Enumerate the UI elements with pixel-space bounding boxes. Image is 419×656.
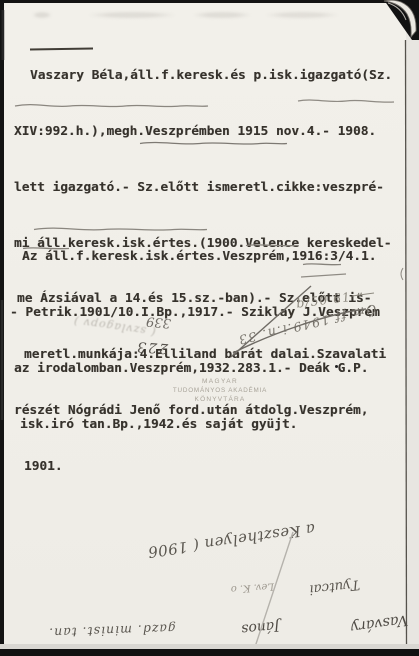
handwritten-quote-mark: „: [355, 282, 372, 298]
card-right-margin: [406, 0, 419, 656]
handwritten-number: 339: [140, 313, 171, 331]
library-stamp: MAGYAR TUDOMÁNYOS AKADÉMIA KÖNYVTÁRA: [168, 377, 272, 404]
ghost-print-smear: [22, 8, 352, 22]
ink-dot: [335, 365, 338, 368]
scanned-catalog-card: Vaszary Béla,áll.f.keresk.és p.isk.igazg…: [0, 0, 419, 656]
stamp-line: KÖNYVTÁRA: [168, 395, 272, 404]
typed-line: XIV:992.h.),megh.Veszprémben 1915 nov.4.…: [0, 123, 402, 142]
typed-paragraph-sources: Az áll.f.keresk.isk.értes.Veszprém,1916:…: [0, 211, 402, 471]
handwritten-number: 223: [131, 338, 168, 356]
typed-line: Az áll.f.keresk.isk.értes.Veszprém,1916:…: [0, 248, 402, 267]
typed-line: Vaszary Béla,áll.f.keresk.és p.isk.igazg…: [0, 67, 402, 86]
typed-line: isk.iró tan.Bp.,1942.és saját gyüjt.: [0, 416, 402, 435]
typed-line: az irodalomban.Veszprém,1932.283.1.- Deá…: [0, 360, 402, 379]
scan-bottom-edge: [0, 649, 419, 656]
typed-line: lett igazgató.- Sz.előtt ismeretl.cikke:…: [0, 179, 402, 198]
stamp-line: TUDOMÁNYOS AKADÉMIA: [168, 386, 272, 395]
stamp-line: MAGYAR: [168, 377, 272, 386]
